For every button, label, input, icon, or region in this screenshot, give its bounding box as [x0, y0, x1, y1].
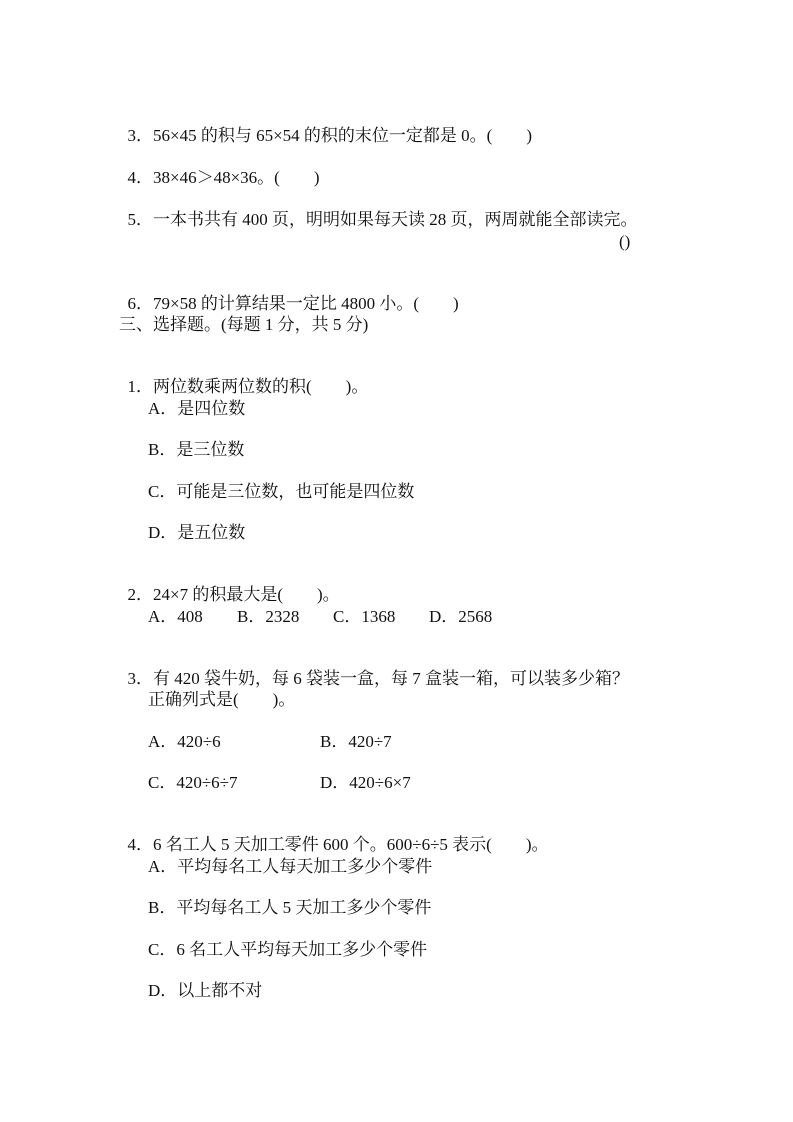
option-d: D．是五位数	[148, 523, 245, 543]
item-number: 5．	[128, 210, 154, 229]
option-c: C．可能是三位数，也可能是四位数	[148, 482, 414, 502]
choice-item-4: 4．6 名工人 5 天加工零件 600 个。600÷6÷5 表示( )。	[119, 815, 548, 855]
judgement-item-6: 6．79×58 的计算结果一定比 4800 小。( )	[119, 274, 459, 314]
item-number: 4．	[128, 835, 154, 854]
item-stem: 两位数乘两位数的积( )。	[153, 377, 368, 396]
item-number: 3．	[128, 126, 154, 145]
option-a: A．408	[148, 607, 203, 627]
option-c: C．1368	[333, 607, 395, 627]
option-a: A．平均每名工人每天加工多少个零件	[148, 857, 432, 877]
item-text: 38×46＞48×36。( )	[153, 168, 320, 187]
item-number: 1．	[128, 377, 154, 396]
answer-blank: ()	[619, 232, 630, 252]
option-b: B．平均每名工人 5 天加工多少个零件	[148, 898, 431, 918]
option-c: C．6 名工人平均每天加工多少个零件	[148, 940, 427, 960]
item-text: 56×45 的积与 65×54 的积的末位一定都是 0。( )	[153, 126, 532, 145]
item-number: 4．	[128, 168, 154, 187]
option-b: B．是三位数	[148, 440, 244, 460]
option-a: A．420÷6	[148, 732, 221, 752]
item-number: 3．	[128, 669, 154, 688]
option-d: D．2568	[429, 607, 492, 627]
item-text: 79×58 的计算结果一定比 4800 小。( )	[153, 294, 459, 313]
item-stem: 有 420 袋牛奶，每 6 袋装一盒，每 7 盒装一箱，可以装多少箱？	[153, 669, 629, 688]
choice-item-1: 1．两位数乘两位数的积( )。	[119, 357, 368, 397]
option-b: B．2328	[237, 607, 299, 627]
option-c: C．420÷6÷7	[148, 773, 238, 793]
option-b: B．420÷7	[320, 732, 392, 752]
item-stem-continued: 正确列式是( )。	[148, 690, 295, 710]
judgement-item-5: 5．一本书共有 400 页，明明如果每天读 28 页，两周就能全部读完。	[119, 190, 638, 230]
judgement-item-4: 4．38×46＞48×36。( )	[119, 148, 320, 188]
item-text: 一本书共有 400 页，明明如果每天读 28 页，两周就能全部读完。	[153, 210, 638, 229]
judgement-item-3: 3．56×45 的积与 65×54 的积的末位一定都是 0。( )	[119, 106, 532, 146]
choice-item-2: 2．24×7 的积最大是( )。	[119, 565, 340, 605]
option-d: D．420÷6×7	[320, 773, 411, 793]
choice-item-3: 3．有 420 袋牛奶，每 6 袋装一盒，每 7 盒装一箱，可以装多少箱？	[119, 649, 629, 689]
item-number: 2．	[128, 585, 154, 604]
option-d: D．以上都不对	[148, 981, 262, 1001]
item-stem: 6 名工人 5 天加工零件 600 个。600÷6÷5 表示( )。	[153, 835, 548, 854]
section-title: 三、选择题。(每题 1 分，共 5 分)	[119, 315, 368, 335]
item-number: 6．	[128, 294, 154, 313]
option-a: A．是四位数	[148, 399, 245, 419]
item-stem: 24×7 的积最大是( )。	[153, 585, 340, 604]
